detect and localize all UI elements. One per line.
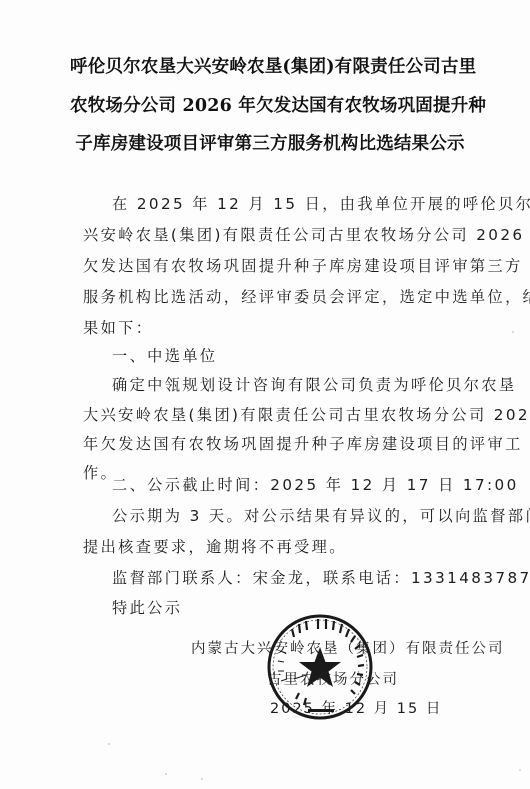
body-paragraph-line: 确定中瓴规划设计咨询有限公司负责为呼伦贝尔农垦 <box>112 374 517 395</box>
scan-speck <box>201 778 203 780</box>
scan-speck <box>165 773 167 775</box>
scan-speck <box>512 331 514 333</box>
document-title-line-1: 呼伦贝尔农垦大兴安岭农垦(集团)有限责任公司古里 <box>70 53 470 78</box>
section-heading-selected-unit: 一、中选单位 <box>112 345 218 366</box>
body-paragraph-line: 兴安岭农垦(集团)有限责任公司古里农牧场分公司 2026 年 <box>83 224 530 245</box>
body-paragraph-line: 提出核查要求，逾期将不再受理。 <box>83 536 347 557</box>
signature-organization-line-2: 古里农牧场分公司 <box>267 668 399 689</box>
section-heading-deadline: 二、公示截止时间：2025 年 12 月 17 日 17:00 <box>112 474 519 495</box>
scan-speck <box>519 769 521 771</box>
body-paragraph-line: 在 2025 年 12 月 15 日，由我单位开展的呼伦贝尔农垦大 <box>112 193 530 214</box>
body-paragraph-line: 大兴安岭农垦(集团)有限责任公司古里农牧场分公司 2026 <box>83 404 530 425</box>
body-paragraph-line: 公示期为 3 天。对公示结果有异议的，可以向监督部门 <box>112 505 530 526</box>
body-paragraph-line: 服务机构比选活动，经评审委员会评定，选定中选单位，结 <box>83 286 530 307</box>
contact-line: 监督部门联系人：宋金龙，联系电话：13314837876。 <box>112 567 530 588</box>
signature-date: 2025 年 12 月 15 日 <box>270 697 442 718</box>
scan-speck <box>108 743 110 745</box>
document-title-line-2: 农牧场分公司 2026 年欠发达国有农牧场巩固提升种 <box>70 92 470 117</box>
closing-line: 特此公示 <box>112 597 182 618</box>
body-paragraph-line: 欠发达国有农牧场巩固提升种子库房建设项目评审第三方 <box>83 255 523 276</box>
body-paragraph-line: 果如下： <box>83 317 153 338</box>
document-page: 呼伦贝尔农垦大兴安岭农垦(集团)有限责任公司古里 农牧场分公司 2026 年欠发… <box>0 0 530 789</box>
signature-organization-line-1: 内蒙古大兴安岭农垦（集团）有限责任公司 <box>191 637 505 658</box>
body-paragraph-line: 年欠发达国有农牧场巩固提升种子库房建设项目的评审工 <box>83 433 523 454</box>
document-title-line-3: 子库房建设项目评审第三方服务机构比选结果公示 <box>70 130 470 155</box>
